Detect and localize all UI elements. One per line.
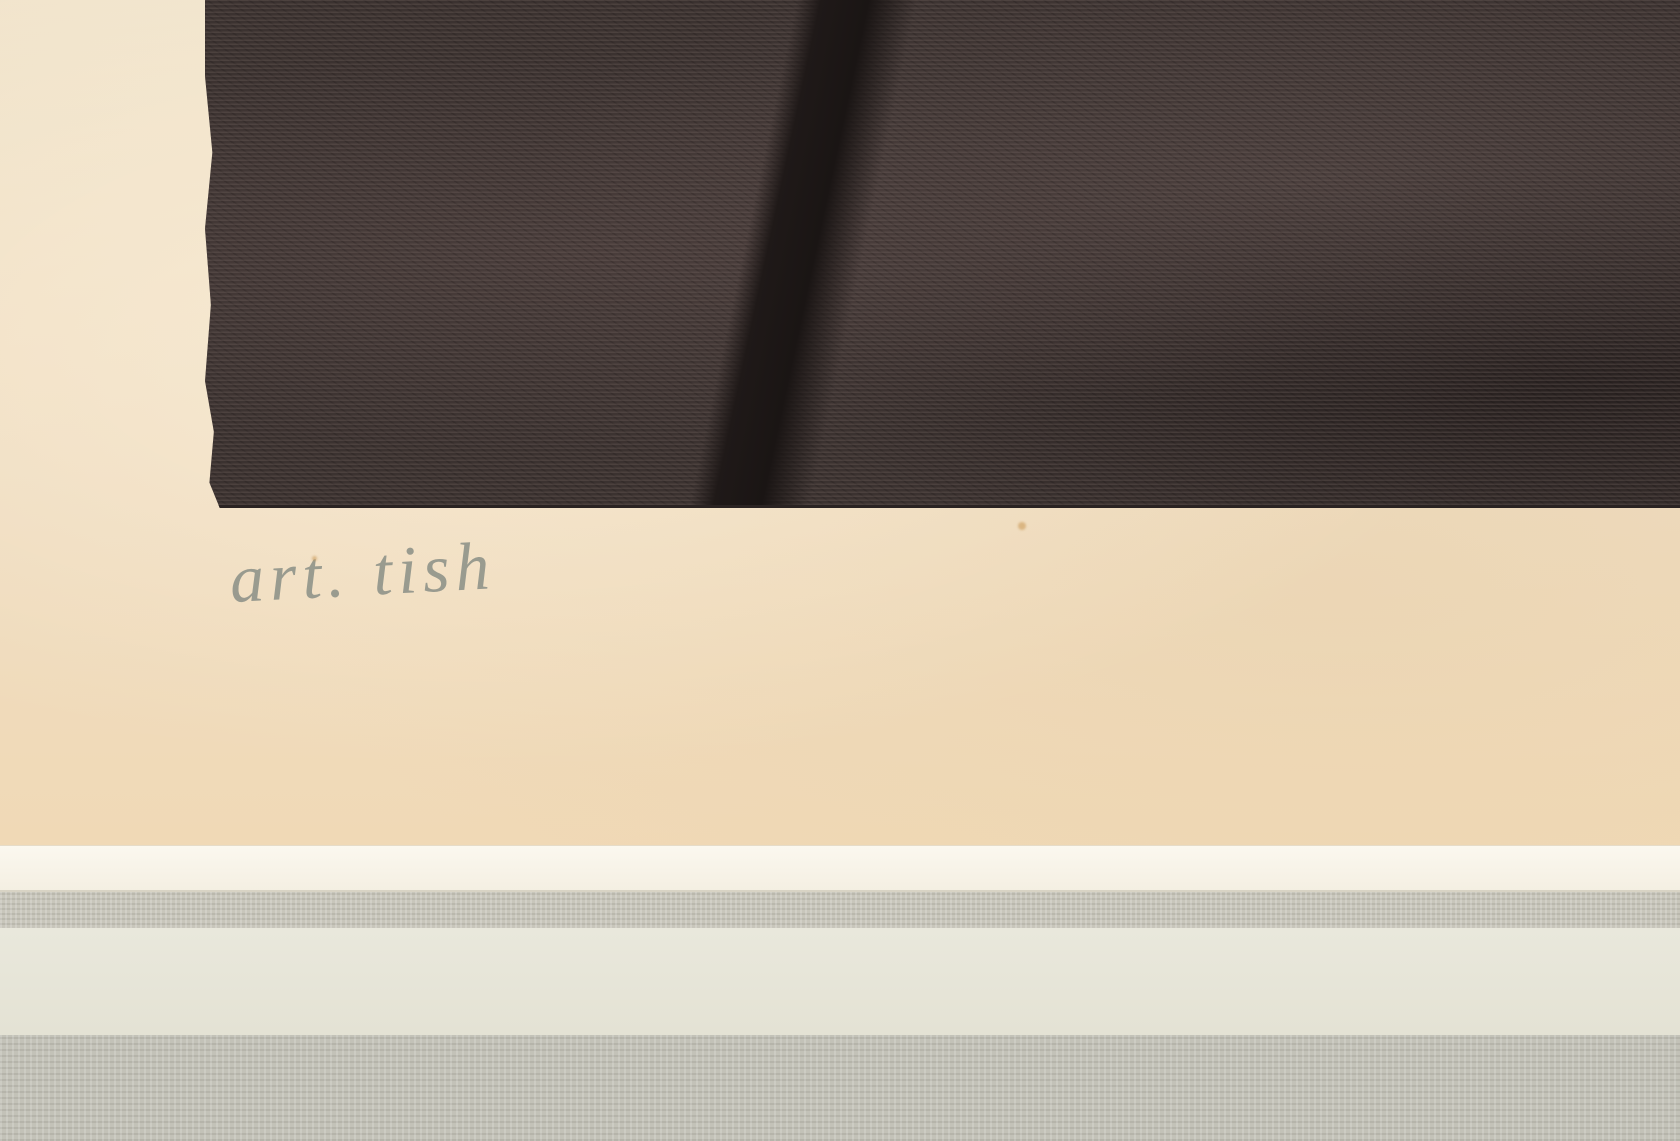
framed-etching-detail: art. tish: [0, 0, 1680, 1141]
paper-margin: art. tish: [0, 0, 1680, 845]
pencil-inscription: art. tish: [228, 526, 497, 619]
etched-plate-area: [205, 0, 1680, 508]
foxing-spot: [1018, 522, 1026, 530]
linen-fillet: [0, 890, 1680, 930]
linen-mat: [0, 1035, 1680, 1141]
foxing-spot: [312, 556, 317, 561]
diagonal-ink-stroke: [690, 0, 917, 505]
white-mat: [0, 845, 1680, 891]
cream-mat-band: [0, 928, 1680, 1037]
